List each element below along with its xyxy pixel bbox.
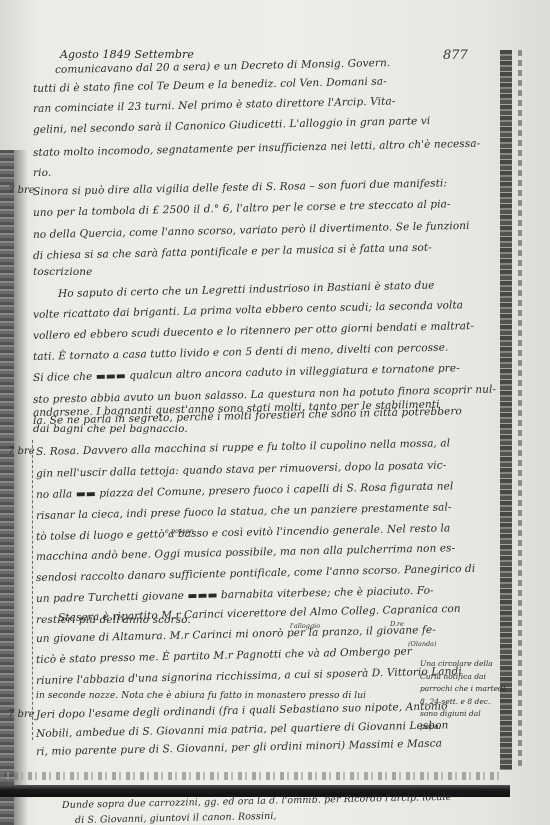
interlinear-insert: e posson	[165, 527, 194, 535]
text-line: Jeri dopo l'esame degli ordinandi (fra i…	[36, 700, 448, 721]
marginal-note-line: Curia notifica dai	[420, 671, 505, 684]
text-line: Si dice che ▬▬▬ qualcun altro ancora cad…	[33, 362, 460, 384]
text-line: rio.	[33, 167, 51, 179]
text-line: ran cominciate il 23 turni. Nel primo è …	[33, 95, 396, 115]
scan-edge-left	[0, 150, 14, 825]
page-header: Agosto 1849 Settembre	[60, 48, 194, 61]
marginal-note-line: 8, 24 sett. e 8 dec.	[420, 696, 505, 709]
text-line: dai bagni che pel bagnaccio.	[33, 423, 188, 435]
interlinear-insert: (Olanda)	[408, 640, 437, 648]
marginal-note-line: parrochi che i martedì	[420, 683, 505, 696]
margin-date: 7 bre	[8, 709, 35, 720]
text-line: tati. È tornato a casa tutto livido e co…	[33, 342, 449, 363]
text-line: sendosi raccolto danaro sufficiente pont…	[36, 563, 476, 584]
text-line: vollero ed ebbero scudi duecento e lo ri…	[33, 320, 474, 342]
scan-noise-bottom	[0, 772, 500, 780]
text-line: no della Quercia, come l'anno scorso, va…	[33, 220, 470, 241]
text-line: no alla ▬▬ piazza del Comune, presero fu…	[36, 480, 454, 501]
text-line: S. Rosa. Davvero alla macchina si ruppe …	[36, 437, 450, 458]
margin-rule	[32, 440, 33, 740]
text-line: gelini, nel secondo sarà il Canonico Giu…	[33, 115, 431, 136]
text-line: ri, mio parente pure di S. Giovanni, per…	[36, 737, 442, 758]
marginal-note-line: Una circolare della	[420, 658, 505, 671]
page-number: 877	[443, 48, 468, 63]
margin-date: 7 bre	[8, 446, 35, 457]
text-line: volte ricattato dai briganti. La prima v…	[33, 299, 463, 321]
text-line: un giovane di Altamura. M.r Carinci mi o…	[36, 624, 436, 645]
margin-date: 7 bre	[8, 185, 35, 196]
text-line: gin nell'uscir dalla tettoja: quando sta…	[36, 459, 447, 480]
marginal-note-line: sono digiuni dal	[420, 708, 505, 721]
text-line: in seconde nozze. Nota che è abiura fu f…	[36, 691, 366, 701]
marginal-note-line: papa.	[420, 721, 505, 734]
text-line: tò tolse di luogo e gettò a basso e così…	[36, 522, 451, 543]
text-line: macchina andò bene. Oggi musica possibil…	[36, 542, 456, 563]
text-line: ticò è stato presso me. È partito M.r Pa…	[36, 645, 412, 666]
text-line: risanar la cieca, indi prese fuoco la st…	[36, 501, 452, 522]
text-line: un padre Turchetti giovane ▬▬▬ barnabita…	[36, 585, 434, 605]
text-line: Nobili, ambedue di S. Giovanni mia patri…	[36, 719, 449, 740]
text-line: riunire l'abbazia d'una signorina ricchi…	[36, 665, 462, 687]
text-line: Ho saputo di certo che un Legretti indus…	[58, 279, 435, 300]
scanned-manuscript-page: 877 Agosto 1849 Settembre comunicavano d…	[0, 0, 550, 825]
scan-shadow-left	[14, 150, 28, 825]
text-line: di chiesa si sa che sarà fatta pontifica…	[33, 242, 432, 262]
text-line: Sinora si può dire alla vigilia delle fe…	[33, 177, 447, 198]
text-line: stato molto incomodo, segnatamente per i…	[33, 138, 481, 159]
marginal-note: Una circolare della Curia notifica dai p…	[420, 658, 505, 733]
text-line: uno per la tombola di £ 2500 il d.° 6, l…	[33, 198, 451, 219]
next-page-text-line: di S. Giovanni, giuntovi il canon. Rossi…	[75, 811, 277, 825]
scan-edge-right-inner	[518, 50, 522, 770]
text-line: tutti di è stato fine col Te Deum e la b…	[33, 76, 387, 95]
text-line: toscrizione	[33, 266, 92, 278]
